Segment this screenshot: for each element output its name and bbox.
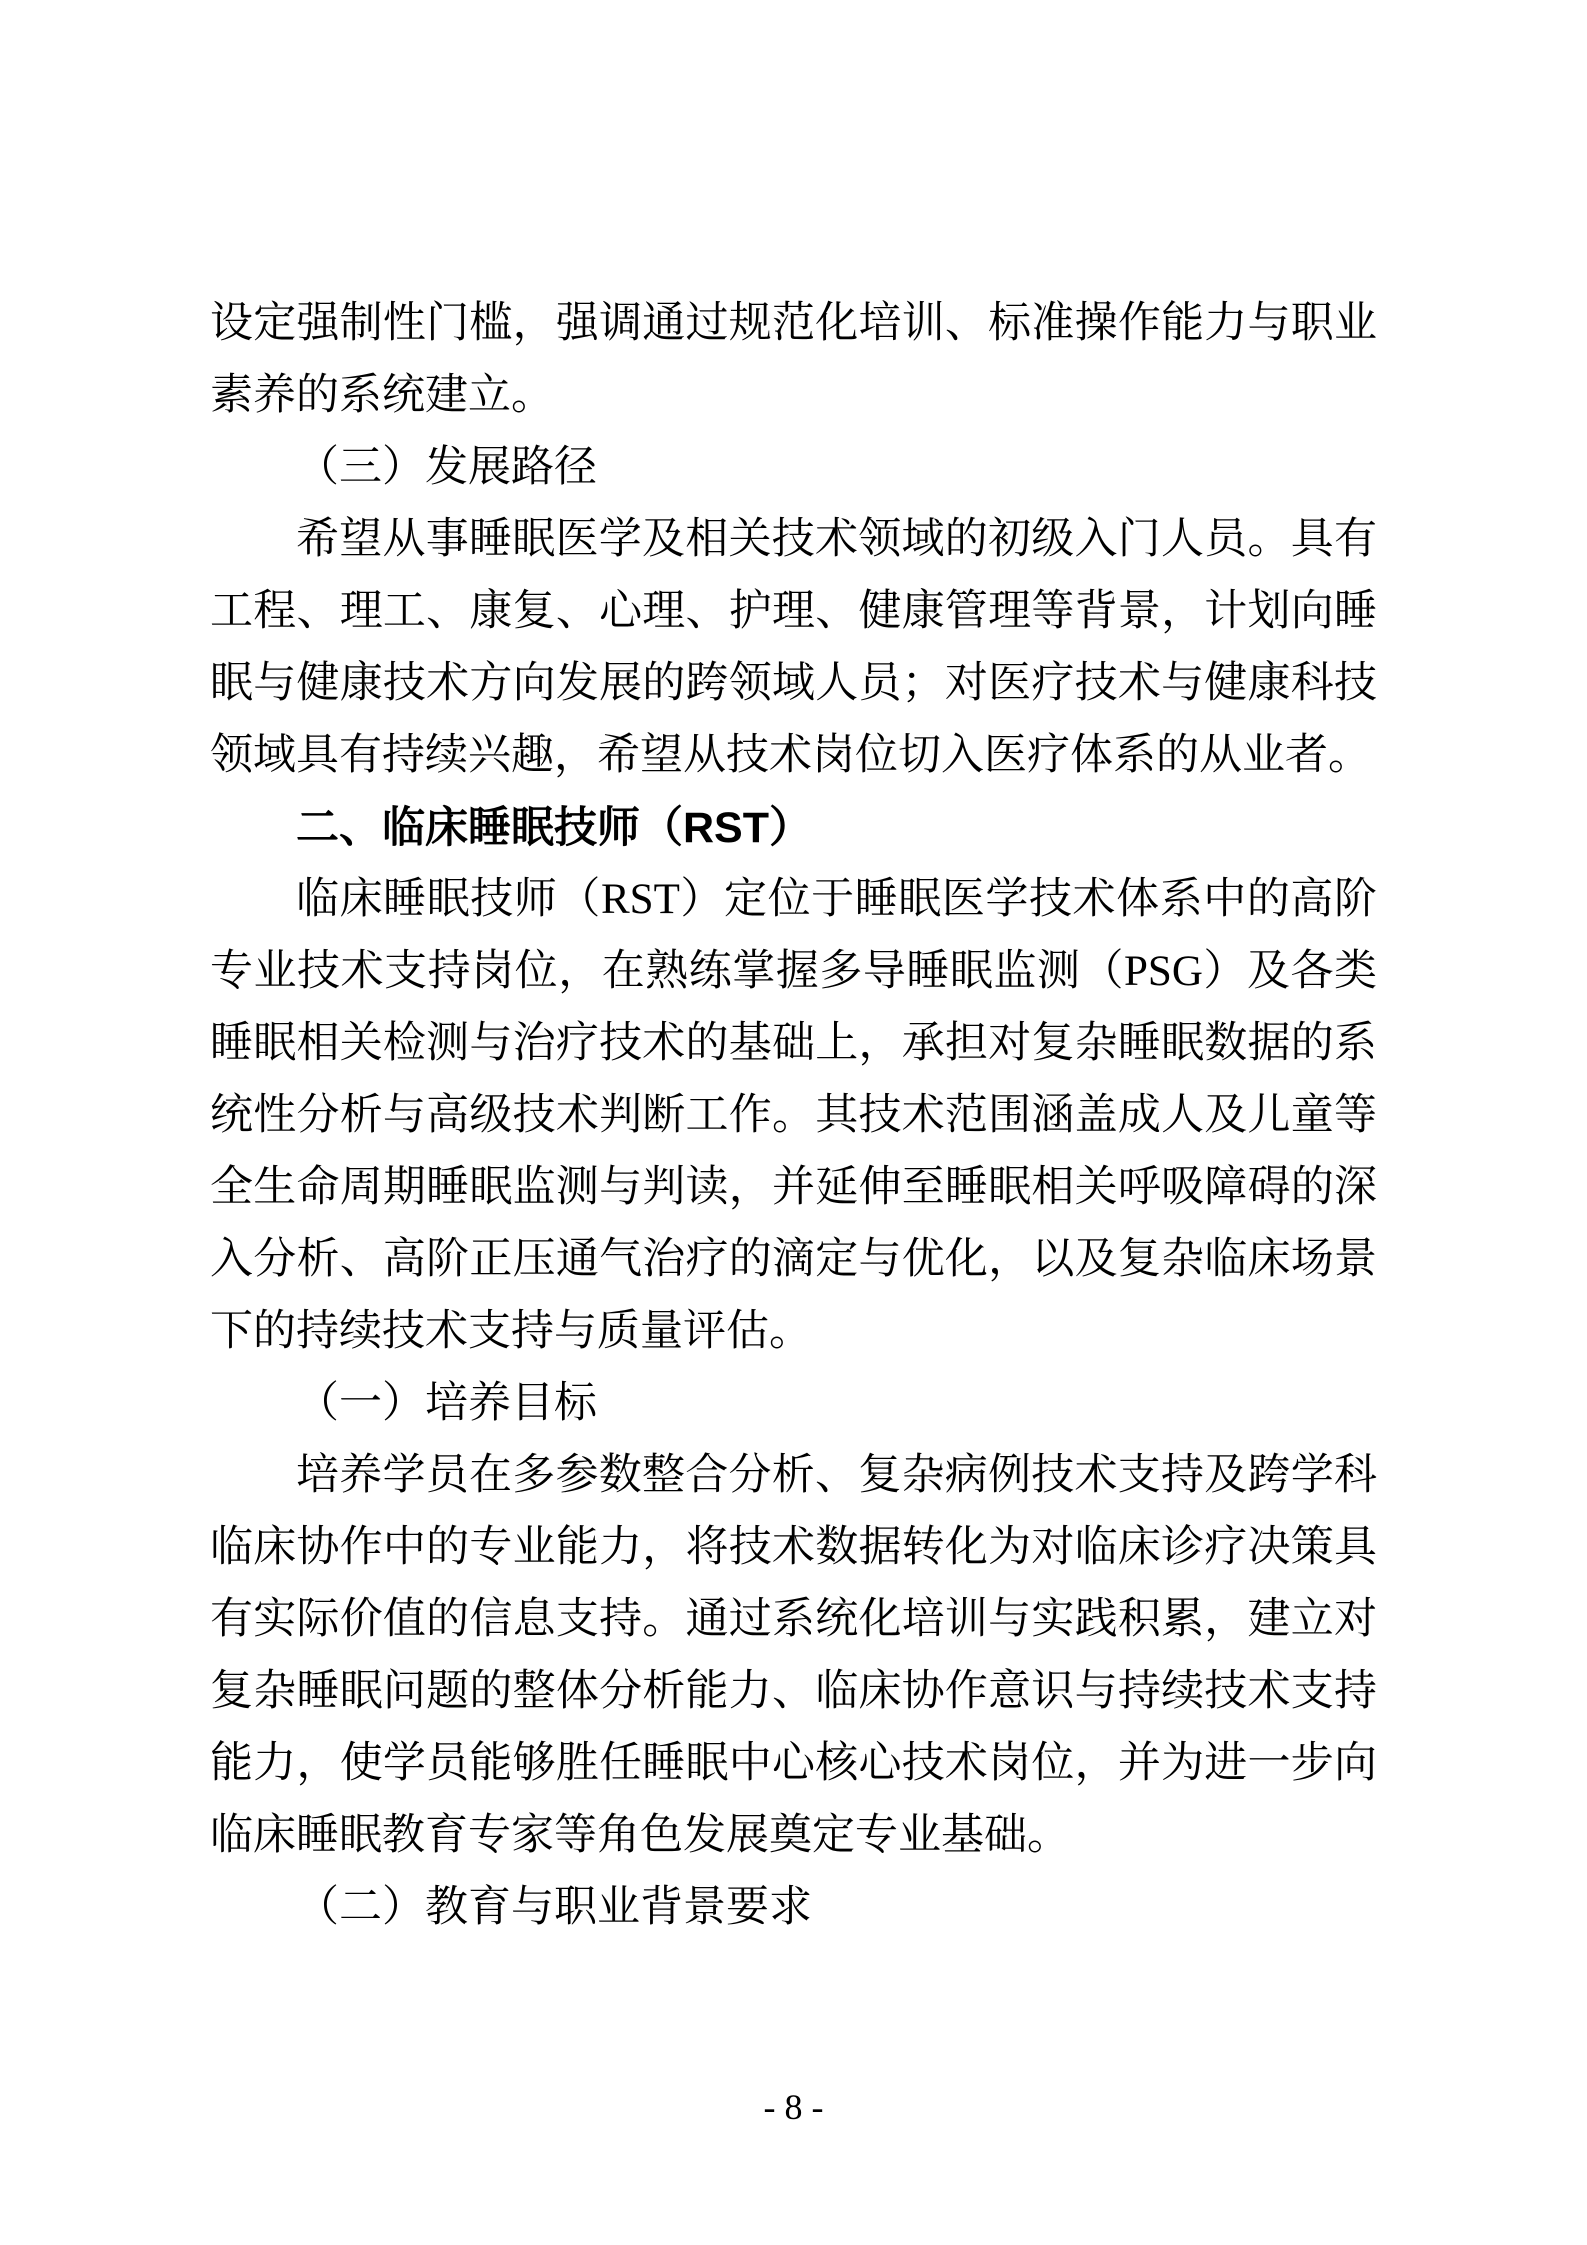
section-heading: 二、临床睡眠技师（RST）: [210, 792, 1377, 864]
subsection-heading: （一）培养目标: [210, 1368, 1377, 1440]
subsection-heading: （二）教育与职业背景要求: [210, 1872, 1377, 1944]
page-number: - 8 -: [0, 2086, 1587, 2128]
body-paragraph: 培养学员在多参数整合分析、复杂病例技术支持及跨学科临床协作中的专业能力，将技术数…: [210, 1440, 1377, 1872]
body-paragraph: 设定强制性门槛，强调通过规范化培训、标准操作能力与职业素养的系统建立。: [210, 288, 1377, 432]
document-page: 设定强制性门槛，强调通过规范化培训、标准操作能力与职业素养的系统建立。（三）发展…: [0, 0, 1587, 2245]
body-paragraph: 希望从事睡眠医学及相关技术领域的初级入门人员。具有工程、理工、康复、心理、护理、…: [210, 504, 1377, 792]
subsection-heading: （三）发展路径: [210, 432, 1377, 504]
body-paragraph: 临床睡眠技师（RST）定位于睡眠医学技术体系中的高阶专业技术支持岗位，在熟练掌握…: [210, 864, 1377, 1368]
document-body: 设定强制性门槛，强调通过规范化培训、标准操作能力与职业素养的系统建立。（三）发展…: [210, 288, 1377, 1944]
